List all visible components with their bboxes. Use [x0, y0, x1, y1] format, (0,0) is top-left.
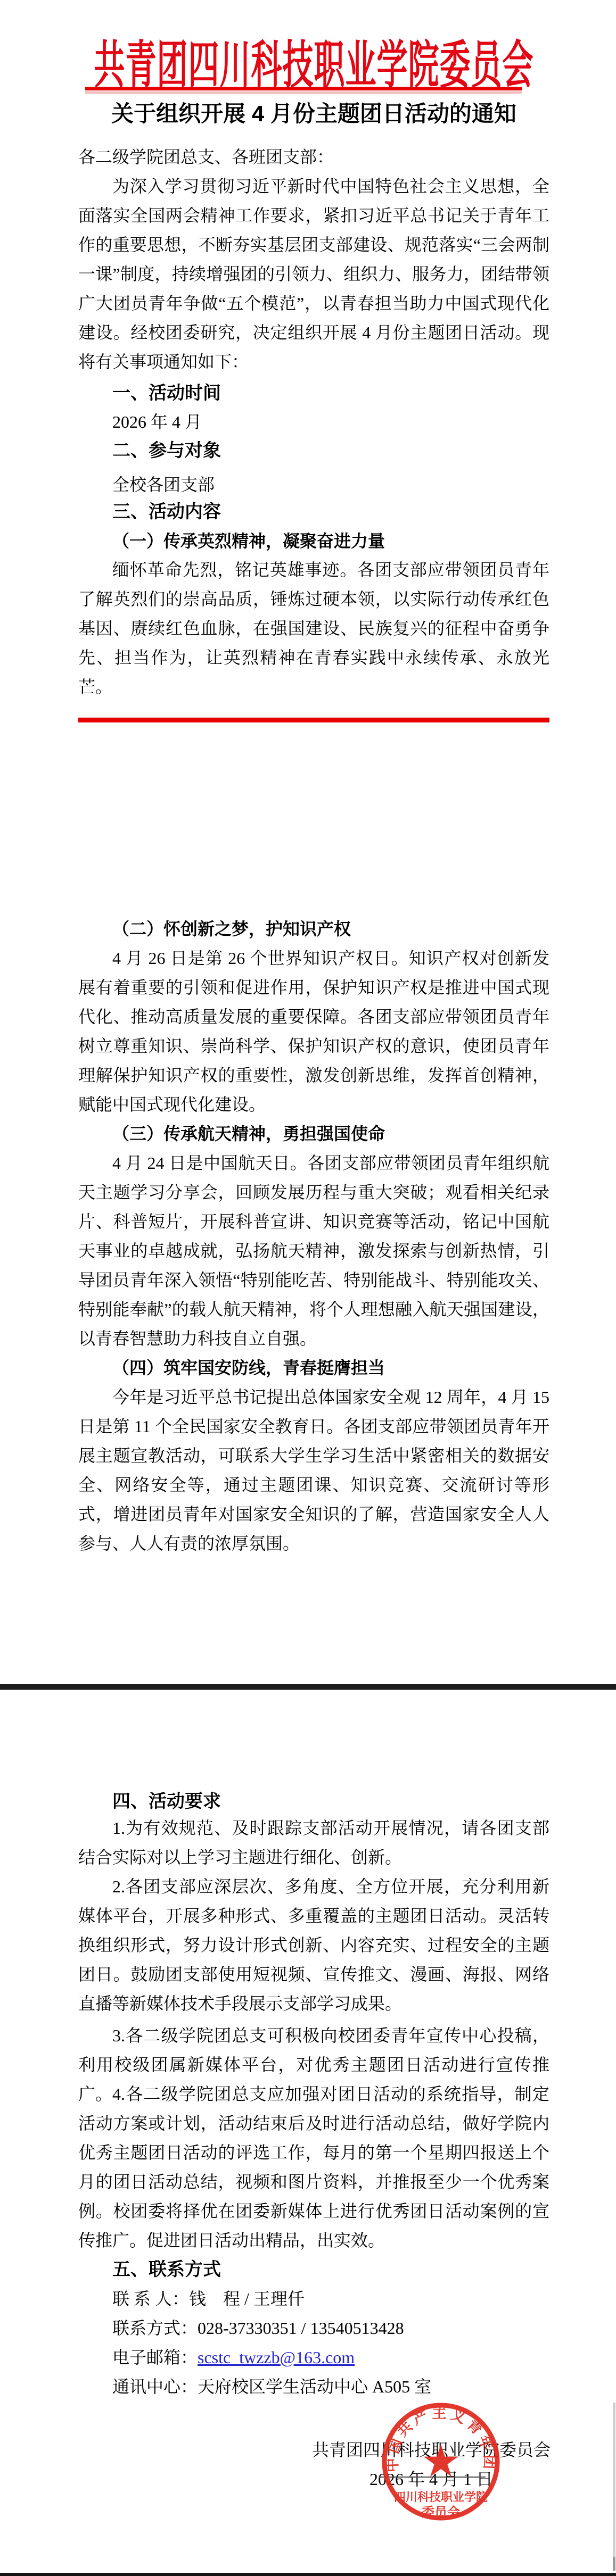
divider-thick-line: [85, 87, 522, 90]
scrollbar-track[interactable]: [613, 2403, 615, 2570]
requirement-item-1: 1.为有效规范、及时跟踪支部活动开展情况，请各团支部结合实际对以上学习主题进行细…: [78, 1814, 549, 1872]
star-icon: ★: [421, 2437, 461, 2487]
subsection-2-paragraph: 4 月 26 日是第 26 个世界知识产权日。知识产权对创新发展有着重要的引领和…: [78, 944, 549, 1119]
section-heading-content: 三、活动内容: [78, 497, 549, 527]
official-seal: 中国共产主义青年团 ★ 四川科技职业学院 委员会: [376, 2397, 506, 2527]
subsection-2-heading: （二）怀创新之梦，护知识产权: [78, 915, 549, 944]
contact-person-value: 钱 程 / 王理仟: [189, 2289, 305, 2308]
subsection-1-paragraph: 缅怀革命先烈，铭记英雄事迹。各团支部应带领团员青年了解英烈们的崇高品质，锤炼过硬…: [78, 555, 549, 702]
contact-email-line: 电子邮箱：scstc_twzzb@163.com: [78, 2343, 549, 2372]
subsection-1-heading: （一）传承英烈精神，凝聚奋进力量: [78, 527, 549, 556]
contact-address-value: 天府校区学生活动中心 A505 室: [198, 2377, 431, 2396]
subsection-3-heading: （三）传承航天精神，勇担强国使命: [78, 1119, 549, 1149]
scrollbar-thumb[interactable]: [613, 2557, 615, 2571]
page-separator-dark: [0, 1684, 616, 1690]
seal-org-line1: 四川科技职业学院: [394, 2490, 488, 2504]
contact-phone-value: 028-37330351 / 13540513428: [198, 2319, 404, 2338]
subsection-4-paragraph: 今年是习近平总书记提出总体国家安全观 12 周年，4 月 15 日是第 11 个…: [78, 1383, 549, 1558]
intro-block: 各二级学院团总支、各班团支部： 为深入学习贯彻习近平新时代中国特色社会主义思想，…: [78, 143, 549, 377]
participants-value: 全校各团支部: [78, 470, 549, 500]
section-heading-requirements: 四、活动要求: [78, 1787, 549, 1816]
email-link[interactable]: scstc_twzzb@163.com: [198, 2348, 355, 2367]
contact-email-label: 电子邮箱：: [112, 2348, 198, 2367]
separator-thick-line: [78, 718, 549, 722]
subsection-4-heading: （四）筑牢国安防线，青春挺膺担当: [78, 1353, 549, 1383]
document-page: 共青团四川科技职业学院委员会 关于组织开展 4 月份主题团日活动的通知 各二级学…: [0, 0, 616, 2576]
seal-graphic: 中国共产主义青年团 ★ 四川科技职业学院 委员会: [376, 2397, 506, 2527]
contact-block: 联 系 人：钱 程 / 王理仟 联系方式：028-37330351 / 1354…: [78, 2284, 549, 2402]
divider-thin-line-2: [85, 93, 522, 94]
contact-person-line: 联 系 人：钱 程 / 王理仟: [78, 2284, 549, 2314]
document-title: 关于组织开展 4 月份主题团日活动的通知: [78, 98, 549, 129]
page-separator-red: [78, 717, 549, 722]
seal-org-line2: 委员会: [422, 2505, 460, 2520]
contact-phone-label: 联系方式：: [112, 2319, 198, 2338]
letterhead-divider: [85, 87, 522, 94]
greeting-line: 各二级学院团总支、各班团支部：: [78, 143, 549, 172]
activity-time-value: 2026 年 4 月: [78, 408, 549, 437]
section-heading-contact: 五、联系方式: [78, 2255, 549, 2284]
requirement-item-4: 4.各二级学院团总支应加强对团日活动的系统指导，制定活动方案或计划，活动结束后及…: [78, 2080, 549, 2255]
bottom-border: [0, 2573, 616, 2576]
section-heading-participants: 二、参与对象: [78, 436, 549, 466]
contact-address-label: 通讯中心：: [112, 2377, 198, 2396]
subsection-3-paragraph: 4 月 24 日是中国航天日。各团支部应带领团员青年组织航天主题学习分享会，回顾…: [78, 1149, 549, 1353]
intro-paragraph: 为深入学习贯彻习近平新时代中国特色社会主义思想，全面落实全国两会精神工作要求，紧…: [78, 172, 549, 377]
contact-person-label: 联 系 人：: [112, 2289, 189, 2308]
contact-phone-line: 联系方式：028-37330351 / 13540513428: [78, 2314, 549, 2343]
section-heading-time: 一、活动时间: [78, 379, 549, 408]
requirement-item-2: 2.各团支部应深层次、多角度、全方位开展，充分利用新媒体平台，开展多种形式、多重…: [78, 1872, 549, 2018]
